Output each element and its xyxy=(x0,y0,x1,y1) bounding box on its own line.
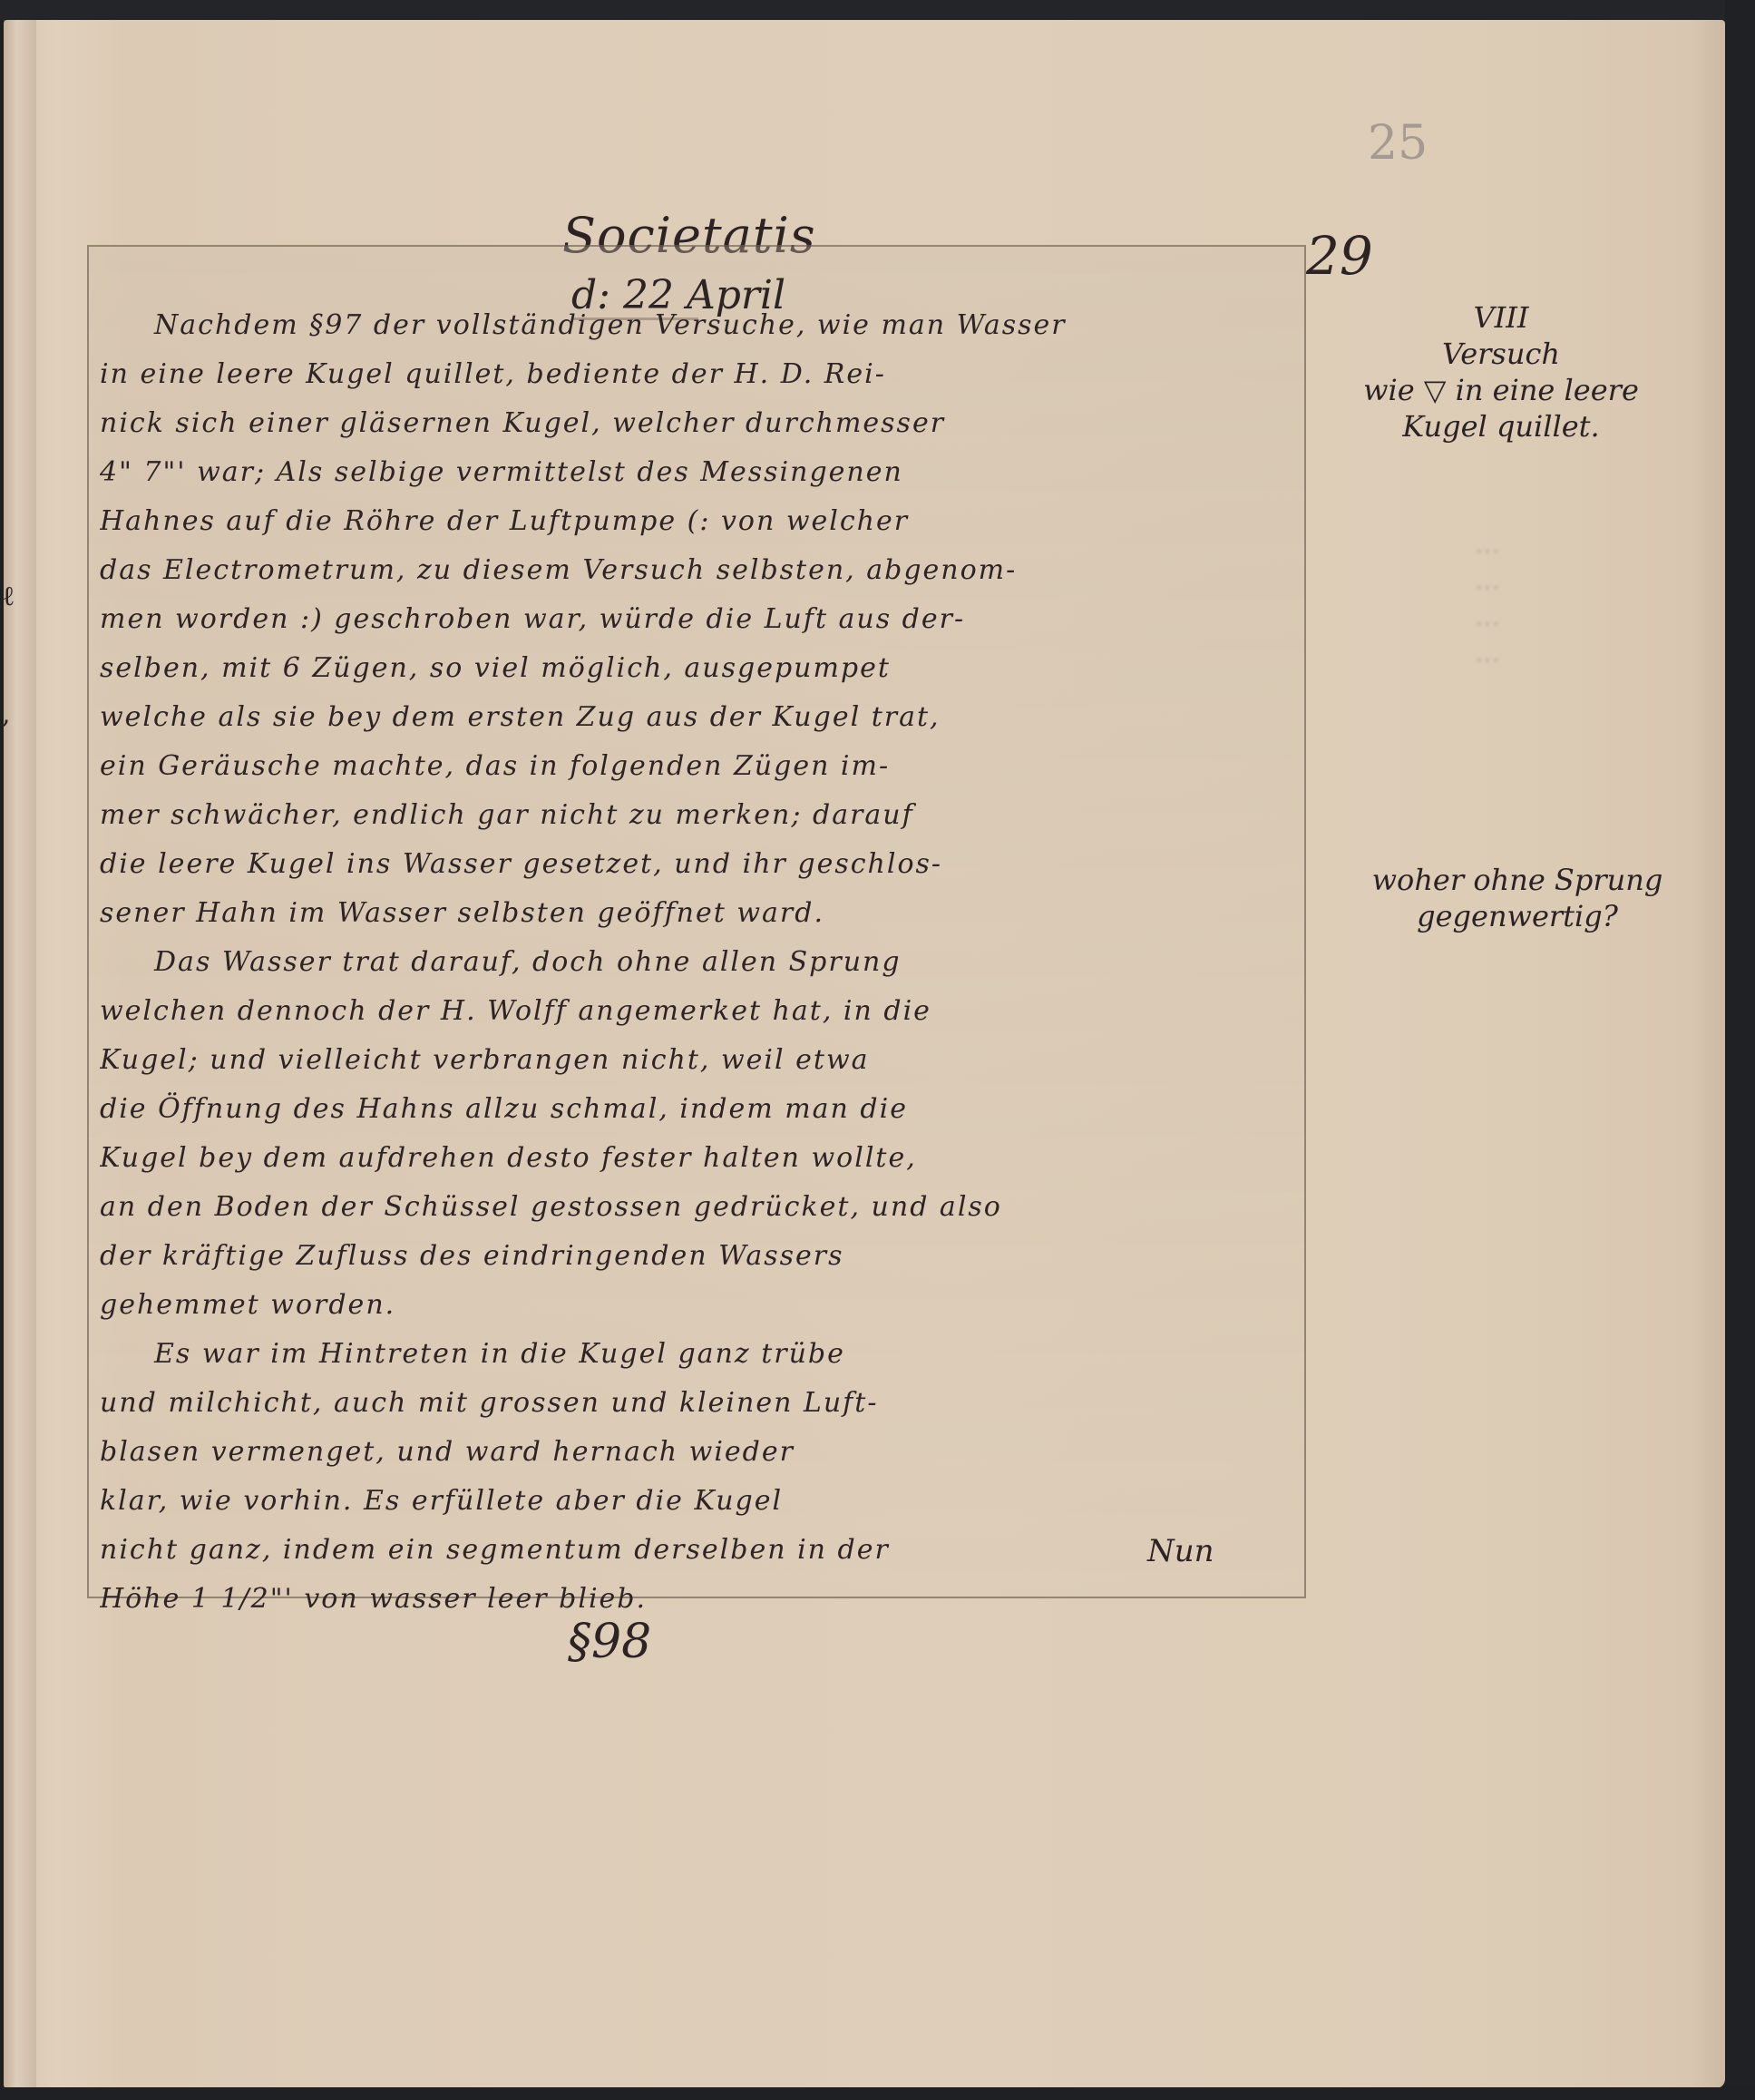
text-line: Nachdem §97 der vollständigen Versuche, … xyxy=(100,301,1297,350)
margin-note-question: woher ohne Sprung gegenwertig? xyxy=(1341,862,1694,934)
text-line: in eine leere Kugel quillet, bediente de… xyxy=(100,350,1297,399)
bleed-through-text: … … … … xyxy=(1324,526,1651,671)
text-line: nicht ganz, indem ein segmentum derselbe… xyxy=(100,1526,1297,1575)
scan-border-top xyxy=(0,0,1755,20)
text-line: die leere Kugel ins Wasser gesetzet, und… xyxy=(100,840,1297,889)
text-line: men worden :) geschroben war, würde die … xyxy=(100,595,1297,644)
pencil-folio-number: 25 xyxy=(1368,116,1428,171)
text-line: 4" 7"' war; Als selbige vermittelst des … xyxy=(100,448,1297,497)
margin-note-experiment: VIII Versuch wie ▽ in eine leere Kugel q… xyxy=(1324,299,1678,444)
margin-note-line: Versuch xyxy=(1324,336,1678,372)
text-line: klar, wie vorhin. Es erfüllete aber die … xyxy=(100,1477,1297,1526)
text-line: blasen vermenget, und ward hernach wiede… xyxy=(100,1428,1297,1477)
page-gutter-fold xyxy=(4,20,36,2088)
margin-note-line: wie ▽ in eine leere xyxy=(1324,372,1678,408)
text-line: selben, mit 6 Zügen, so viel möglich, au… xyxy=(100,644,1297,693)
margin-note-line: woher ohne Sprung xyxy=(1341,862,1694,898)
text-line: welche als sie bey dem ersten Zug aus de… xyxy=(100,693,1297,742)
text-line: der kräftige Zufluss des eindringenden W… xyxy=(100,1232,1297,1281)
text-line: sener Hahn im Wasser selbsten geöffnet w… xyxy=(100,889,1297,938)
text-line: Hahnes auf die Röhre der Luftpumpe (: vo… xyxy=(100,497,1297,546)
previous-page-edge-glyph: , xyxy=(2,698,11,730)
text-line: Kugel; und vielleicht verbrangen nicht, … xyxy=(100,1036,1297,1085)
section-marker: §98 xyxy=(568,1615,651,1669)
body-text: Nachdem §97 der vollständigen Versuche, … xyxy=(100,301,1297,1624)
text-line: gehemmet worden. xyxy=(100,1281,1297,1330)
text-line: und milchicht, auch mit grossen und klei… xyxy=(100,1379,1297,1428)
margin-note-line: VIII xyxy=(1324,299,1678,336)
text-line: mer schwächer, endlich gar nicht zu merk… xyxy=(100,791,1297,840)
scan-border-right xyxy=(1725,0,1755,2100)
folio-number: 29 xyxy=(1306,225,1373,287)
margin-note-line: Kugel quillet. xyxy=(1324,408,1678,444)
text-line: Das Wasser trat darauf, doch ohne allen … xyxy=(100,938,1297,987)
catchword: Nun xyxy=(1147,1533,1214,1569)
text-line: welchen dennoch der H. Wolff angemerket … xyxy=(100,987,1297,1036)
text-line: nick sich einer gläsernen Kugel, welcher… xyxy=(100,399,1297,448)
text-line: Kugel bey dem aufdrehen desto fester hal… xyxy=(100,1134,1297,1183)
margin-note-line: gegenwertig? xyxy=(1341,898,1694,934)
previous-page-edge-glyph: ℓ xyxy=(2,581,15,612)
text-line: an den Boden der Schüssel gestossen gedr… xyxy=(100,1183,1297,1232)
text-line: Höhe 1 1/2"' von wasser leer blieb. xyxy=(100,1575,1297,1624)
text-line: die Öffnung des Hahns allzu schmal, inde… xyxy=(100,1085,1297,1134)
scan-border-bottom xyxy=(0,2087,1755,2100)
text-line: das Electrometrum, zu diesem Versuch sel… xyxy=(100,546,1297,595)
text-line: Es war im Hintreten in die Kugel ganz tr… xyxy=(100,1330,1297,1379)
text-line: ein Geräusche machte, das in folgenden Z… xyxy=(100,742,1297,791)
